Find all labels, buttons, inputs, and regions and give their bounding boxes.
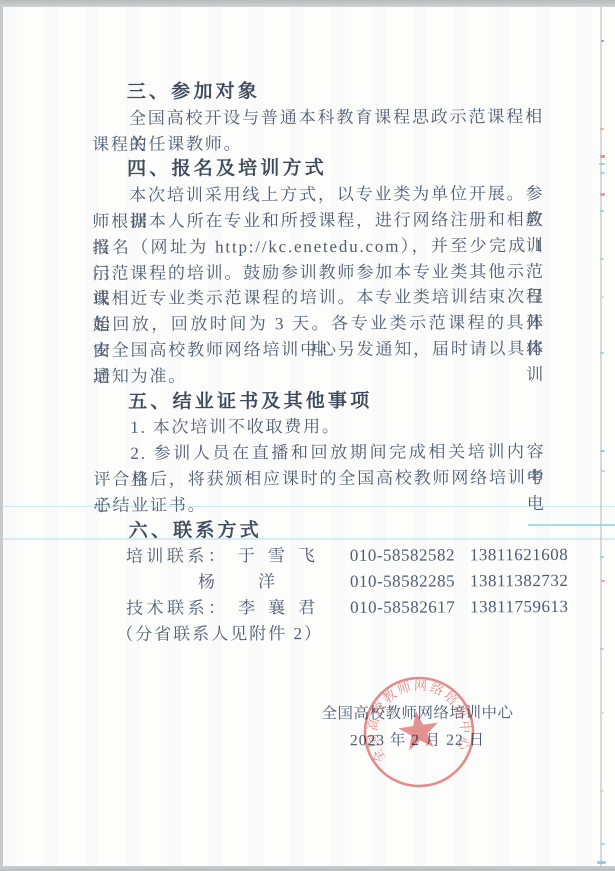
doc-line: 或相近专业类示范课程的培训。本专业类培训结束次日起开 — [93, 284, 545, 312]
contact-mobile: 13811759613 — [470, 594, 568, 620]
contact-phone: 010-58582617 — [350, 594, 470, 620]
signature-org: 全国高校教师网络培训中心 — [320, 701, 515, 728]
heading-registration: 四、报名及培训方式 — [92, 155, 544, 183]
scanner-edge-bottom — [0, 866, 615, 871]
contact-label: 培训联系： — [126, 544, 238, 570]
contact-row: 技术联系：李襄君010-5858261713811759613 — [94, 594, 546, 622]
doc-line: 评合格后，将获颁相应课时的全国高校教师网络培训中心电 — [93, 465, 545, 493]
contact-row: 培训联系：于雪飞010-5858258213811621608 — [94, 542, 546, 570]
doc-line: 课程的任课教师。 — [92, 130, 544, 158]
contact-phone: 010-58582285 — [350, 568, 470, 594]
heading-contact: 六、联系方式 — [94, 517, 546, 545]
doc-line: 示范课程的培训。鼓励参训教师参加本专业类其他示范课程 — [93, 259, 545, 287]
doc-line: 1. 本次培训不收取费用。 — [93, 413, 545, 441]
signature-block: 全国高校教师网络培训中心 2023 年 2 月 22 日 — [320, 701, 515, 755]
contact-mobile: 13811382732 — [470, 568, 568, 594]
heading-participants: 三、参加对象 — [92, 78, 544, 106]
scanner-edge-top — [0, 0, 615, 7]
doc-line: 全国高校开设与普通本科教育课程思政示范课程相关 — [92, 104, 544, 132]
document-body: 三、参加对象 全国高校开设与普通本科教育课程思政示范课程相关 课程的任课教师。 … — [92, 78, 546, 647]
contact-mobile: 13811621608 — [470, 542, 568, 568]
contact-name: 李襄君 — [238, 595, 338, 621]
doc-line: 2. 参训人员在直播和回放期间完成相关培训内容且考 — [93, 439, 545, 467]
contact-label: 技术联系： — [126, 595, 238, 621]
doc-line: 师根据本人所在专业和所授课程，进行网络注册和相应培训 — [92, 207, 544, 235]
contact-name: 杨 洋 — [198, 569, 338, 595]
contact-phone: 010-58582582 — [350, 543, 470, 569]
contact-note: （分省联系人见附件 2） — [94, 620, 546, 648]
signature-date: 2023 年 2 月 22 日 — [320, 728, 515, 755]
doc-line: 报名（网址为 http://kc.enetedu.com），并至少完成 1 门 — [92, 233, 544, 261]
contact-row: 杨 洋010-5858228513811382732 — [94, 568, 546, 596]
contact-name: 于雪飞 — [238, 543, 338, 569]
page-edge-right — [600, 7, 602, 867]
heading-certificate: 五、结业证书及其他事项 — [93, 388, 545, 416]
scanner-edge-left — [0, 7, 3, 867]
scanned-page: 三、参加对象 全国高校开设与普通本科教育课程思政示范课程相关 课程的任课教师。 … — [0, 0, 615, 871]
doc-line: 始回放，回放时间为 3 天。各专业类示范课程的具体安排将 — [93, 310, 545, 338]
doc-line: 本次培训采用线上方式，以专业类为单位开展。参训教 — [92, 181, 544, 209]
doc-line: 由全国高校教师网络培训中心另发通知，届时请以具体培训 — [93, 336, 545, 364]
